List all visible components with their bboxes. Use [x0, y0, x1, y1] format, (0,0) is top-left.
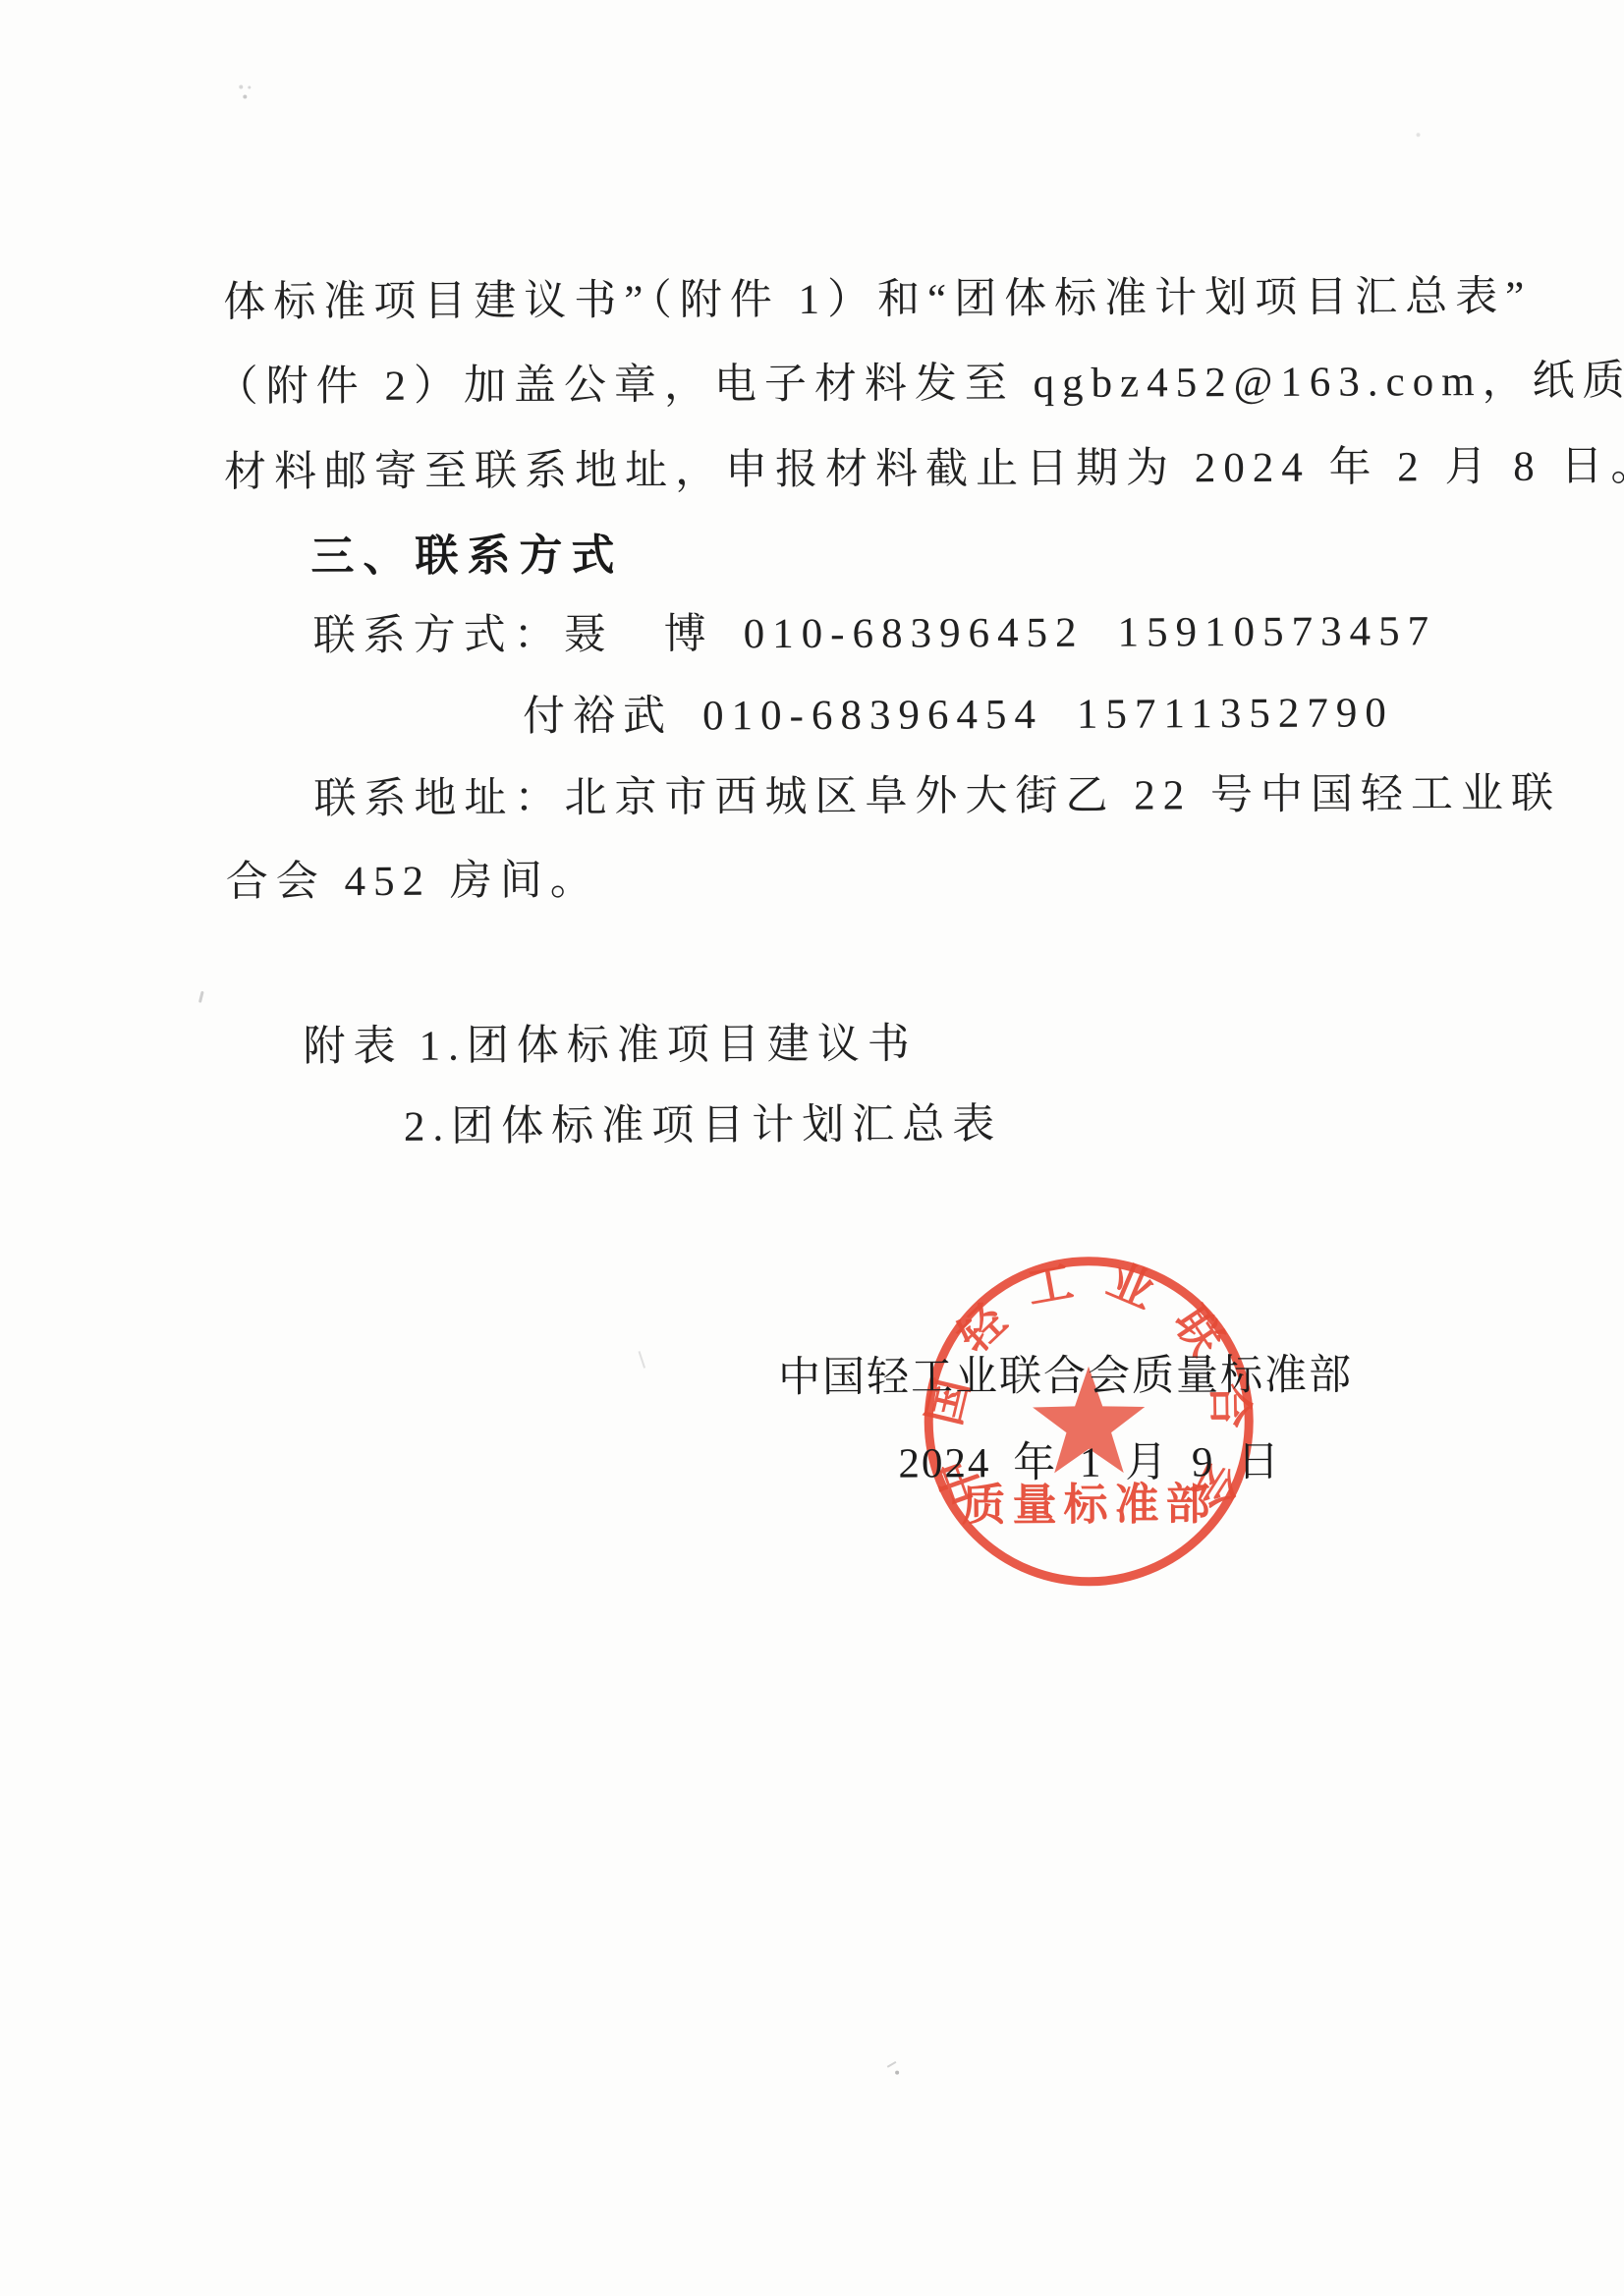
- scan-artifact: [639, 1347, 659, 1369]
- scan-artifact: [895, 2071, 899, 2075]
- signature-org: 中国轻工业联合会质量标准部: [778, 1342, 1353, 1405]
- body-line-1: 体标准项目建议书”（附件 1）和“团体标准计划项目汇总表”: [223, 274, 1532, 327]
- scan-artifact: [1417, 133, 1421, 137]
- scan-artifact: [887, 2061, 902, 2076]
- official-seal-stamp: 中国轻工业联合会 质量标准部: [901, 1234, 1276, 1609]
- contact1-name: 聂 博: [564, 611, 714, 658]
- contact1-phone: 010-68396452: [744, 610, 1085, 658]
- body-line-2: （附件 2）加盖公章，电子材料发至 qgbz452@163.com，纸质: [216, 358, 1624, 411]
- attachment-label: 附表: [303, 1024, 403, 1070]
- scan-artifact: [198, 991, 204, 1003]
- document-page: 体标准项目建议书”（附件 1）和“团体标准计划项目汇总表” （附件 2）加盖公章…: [0, 0, 1624, 2296]
- page-content: 体标准项目建议书”（附件 1）和“团体标准计划项目汇总表” （附件 2）加盖公章…: [0, 0, 1624, 2296]
- body-line-3: 材料邮寄至联系地址，申报材料截止日期为 2024 年 2 月 8 日。: [224, 443, 1624, 497]
- scan-artifact: [248, 85, 251, 88]
- attachment-item-2: 2.团体标准项目计划汇总表: [404, 1101, 1002, 1151]
- contact2-name: 付裕武: [523, 694, 673, 741]
- contact2-phone: 010-68396454: [702, 692, 1043, 740]
- contact2-mobile: 15711352790: [1077, 690, 1394, 737]
- contact-label: 联系方式：: [313, 612, 564, 659]
- attachment-row-1: 附表1.团体标准项目建议书: [303, 1022, 917, 1072]
- attachment-item-1: 1.团体标准项目建议书: [419, 1022, 917, 1070]
- scan-artifact: [243, 95, 247, 99]
- contact-row-1: 联系方式：聂 博010-6839645215910573457: [313, 608, 1437, 660]
- scan-artifact: [239, 85, 243, 89]
- contact1-mobile: 15910573457: [1117, 608, 1436, 655]
- signature-date: 2024 年 1 月 9 日: [898, 1428, 1281, 1490]
- contact-row-2: 付裕武010-6839645415711352790: [523, 690, 1394, 741]
- address-line-1: 联系地址：北京市西城区阜外大街乙 22 号中国轻工业联: [313, 771, 1561, 824]
- address-line-2: 合会 452 房间。: [226, 858, 600, 907]
- section-heading: 三、联系方式: [310, 532, 623, 582]
